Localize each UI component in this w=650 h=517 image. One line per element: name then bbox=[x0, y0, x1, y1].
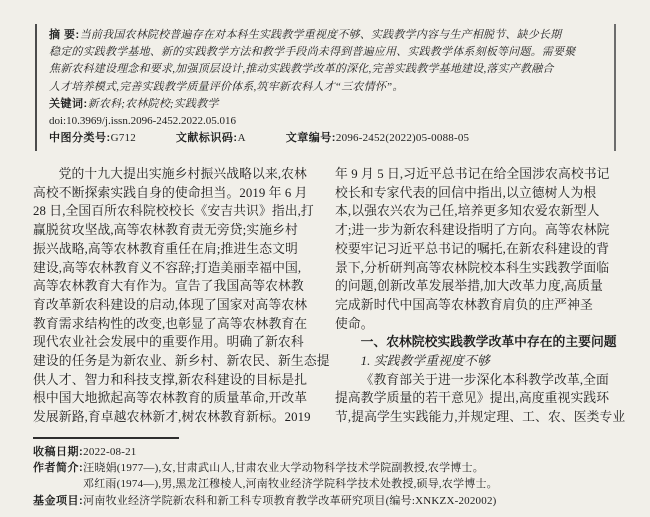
doc-code-value: A bbox=[238, 132, 246, 144]
author-bio-line-2: 邓红雨(1974—),男,黑龙江穆棱人,河南牧业经济学院科学技术处教授,硕导,农… bbox=[33, 476, 629, 492]
keywords-text: 新农科;农林院校;实践教学 bbox=[88, 98, 219, 110]
journal-paper-page: 摘 要:当前我国农林院校普遍存在对本科生实践教学重视度不够、实践教学内容与生产相… bbox=[0, 0, 650, 517]
doc-code-label: 文献标识码: bbox=[176, 132, 238, 144]
keywords-label: 关键词: bbox=[49, 98, 88, 110]
abstract-line: 稳定的实践教学基地、新的实践教学方法和教学手段尚未得到普遍应用、实践教学体系刻板… bbox=[49, 44, 603, 61]
body-line: 根中国大地掀起高等农林教育的质量革命,开改革 bbox=[33, 389, 315, 408]
body-line: 使命。 bbox=[335, 315, 617, 334]
left-column: 党的十九大提出实施乡村振兴战略以来,农林 高校不断探索实践自身的使命担当。201… bbox=[33, 165, 315, 427]
author-bio-line-1: 作者简介:汪晓娟(1977—),女,甘肃武山人,甘肃农业大学动物科学技术学院副教… bbox=[33, 460, 629, 476]
body-line: 振兴战略,高等农林教育重任在肩;推进生态文明 bbox=[33, 240, 315, 259]
classification-line: 中图分类号:G712 文献标识码:A 文章编号:2096-2452(2022)0… bbox=[49, 130, 603, 147]
bio-text-2: 邓红雨(1974—),男,黑龙江穆棱人,河南牧业经济学院科学技术处教授,硕导,农… bbox=[83, 478, 498, 490]
subsection-heading: 1. 实践教学重视度不够 bbox=[335, 352, 617, 371]
body-columns: 党的十九大提出实施乡村振兴战略以来,农林 高校不断探索实践自身的使命担当。201… bbox=[33, 165, 617, 427]
body-line: 28 日,全国百所农科院校校长《安吉共识》指出,打 bbox=[33, 202, 315, 221]
body-line: 建设,高等农林教育义不容辞;打造美丽幸福中国, bbox=[33, 259, 315, 278]
fund-label: 基金项目: bbox=[33, 495, 83, 507]
body-line: 育改革新农科建设的启动,体现了国家对高等农林 bbox=[33, 296, 315, 315]
clc-value: G712 bbox=[111, 132, 136, 144]
body-line: 本,以强农兴农为己任,培养更多知农爱农新型人 bbox=[335, 202, 617, 221]
body-line: 才;进一步为新农科建设指明了方向。高等农林院 bbox=[335, 221, 617, 240]
body-line: 供人才、智力和科技支撑,新农科建设的目标是扎 bbox=[33, 371, 315, 390]
abstract-line: 摘 要:当前我国农林院校普遍存在对本科生实践教学重视度不够、实践教学内容与生产相… bbox=[49, 27, 603, 44]
footnote-block: 收稿日期:2022-08-21 作者简介:汪晓娟(1977—),女,甘肃武山人,… bbox=[33, 444, 629, 509]
body-line: 发展新路,育卓越农林新才,树农林教育新标。2019 bbox=[33, 408, 315, 427]
abstract-label: 摘 要: bbox=[49, 29, 80, 41]
body-line: 《教育部关于进一步深化本科教学改革,全面 bbox=[335, 371, 617, 390]
body-line: 景下,分析研判高等农林院校本科生实践教学面临 bbox=[335, 259, 617, 278]
section-heading: 一、农林院校实践教学改革中存在的主要问题 bbox=[335, 333, 617, 352]
body-line: 教育需求结构性的改变,也彰显了高等农林教育在 bbox=[33, 315, 315, 334]
abstract-line: 人才培养模式,完善实践教学质量评价体系,筑牢新农科人才“三农情怀”。 bbox=[49, 79, 603, 96]
body-line: 党的十九大提出实施乡村振兴战略以来,农林 bbox=[33, 165, 315, 184]
body-line: 高等农林教育大有作为。宣告了我国高等农林教 bbox=[33, 277, 315, 296]
clc-label: 中图分类号: bbox=[49, 132, 111, 144]
abstract-line: 焦新农科建设理念和要求,加强顶层设计,推动实践教学改革的深化,完善实践教学基地建… bbox=[49, 61, 603, 78]
article-no-segment: 文章编号:2096-2452(2022)05-0088-05 bbox=[286, 130, 470, 147]
article-no-value: 2096-2452(2022)05-0088-05 bbox=[336, 132, 469, 144]
bio-label: 作者简介: bbox=[33, 462, 83, 474]
body-line: 提高教学质量的若干意见》提出,高度重视实践环 bbox=[335, 389, 617, 408]
body-line: 的问题,创新改革发展举措,加大改革力度,高质量 bbox=[335, 277, 617, 296]
doc-code-segment: 文献标识码:A bbox=[176, 130, 246, 147]
footnote-rule bbox=[33, 437, 179, 439]
doi-text: doi:10.3969/j.issn.2096-2452.2022.05.016 bbox=[49, 113, 603, 130]
abstract-text: 当前我国农林院校普遍存在对本科生实践教学重视度不够、实践教学内容与生产相脱节、缺… bbox=[80, 29, 562, 41]
clc-segment: 中图分类号:G712 bbox=[49, 130, 136, 147]
bio-text-1: 汪晓娟(1977—),女,甘肃武山人,甘肃农业大学动物科学技术学院副教授,农学博… bbox=[83, 462, 484, 474]
body-line: 年 9 月 5 日,习近平总书记在给全国涉农高校书记 bbox=[335, 165, 617, 184]
right-column: 年 9 月 5 日,习近平总书记在给全国涉农高校书记 校长和专家代表的回信中指出… bbox=[335, 165, 617, 427]
keywords-line: 关键词:新农科;农林院校;实践教学 bbox=[49, 96, 603, 113]
body-line: 校要牢记习近平总书记的嘱托,在新农科建设的背 bbox=[335, 240, 617, 259]
body-line: 校长和专家代表的回信中指出,以立德树人为根 bbox=[335, 184, 617, 203]
body-line: 现代农业社会发展中的重要作用。明确了新农科 bbox=[33, 333, 315, 352]
received-label: 收稿日期: bbox=[33, 446, 83, 458]
body-line: 完成新时代中国高等农林教育肩负的庄严神圣 bbox=[335, 296, 617, 315]
abstract-block: 摘 要:当前我国农林院校普遍存在对本科生实践教学重视度不够、实践教学内容与生产相… bbox=[35, 24, 616, 151]
body-line: 赢脱贫攻坚战,高等农林教育责无旁贷;实施乡村 bbox=[33, 221, 315, 240]
body-line: 高校不断探索实践自身的使命担当。2019 年 6 月 bbox=[33, 184, 315, 203]
received-value: 2022-08-21 bbox=[83, 446, 136, 458]
body-line: 节,提高学生实践能力,并规定理、工、农、医类专业 bbox=[335, 408, 617, 427]
body-line: 建设的任务是为新农业、新乡村、新农民、新生态提 bbox=[33, 352, 315, 371]
received-date-line: 收稿日期:2022-08-21 bbox=[33, 444, 629, 460]
fund-text: 河南牧业经济学院新农科和新工科专项教育教学改革研究项目(编号:XNKZX-202… bbox=[83, 495, 496, 507]
article-no-label: 文章编号: bbox=[286, 132, 336, 144]
fund-project-line: 基金项目:河南牧业经济学院新农科和新工科专项教育教学改革研究项目(编号:XNKZ… bbox=[33, 493, 629, 509]
